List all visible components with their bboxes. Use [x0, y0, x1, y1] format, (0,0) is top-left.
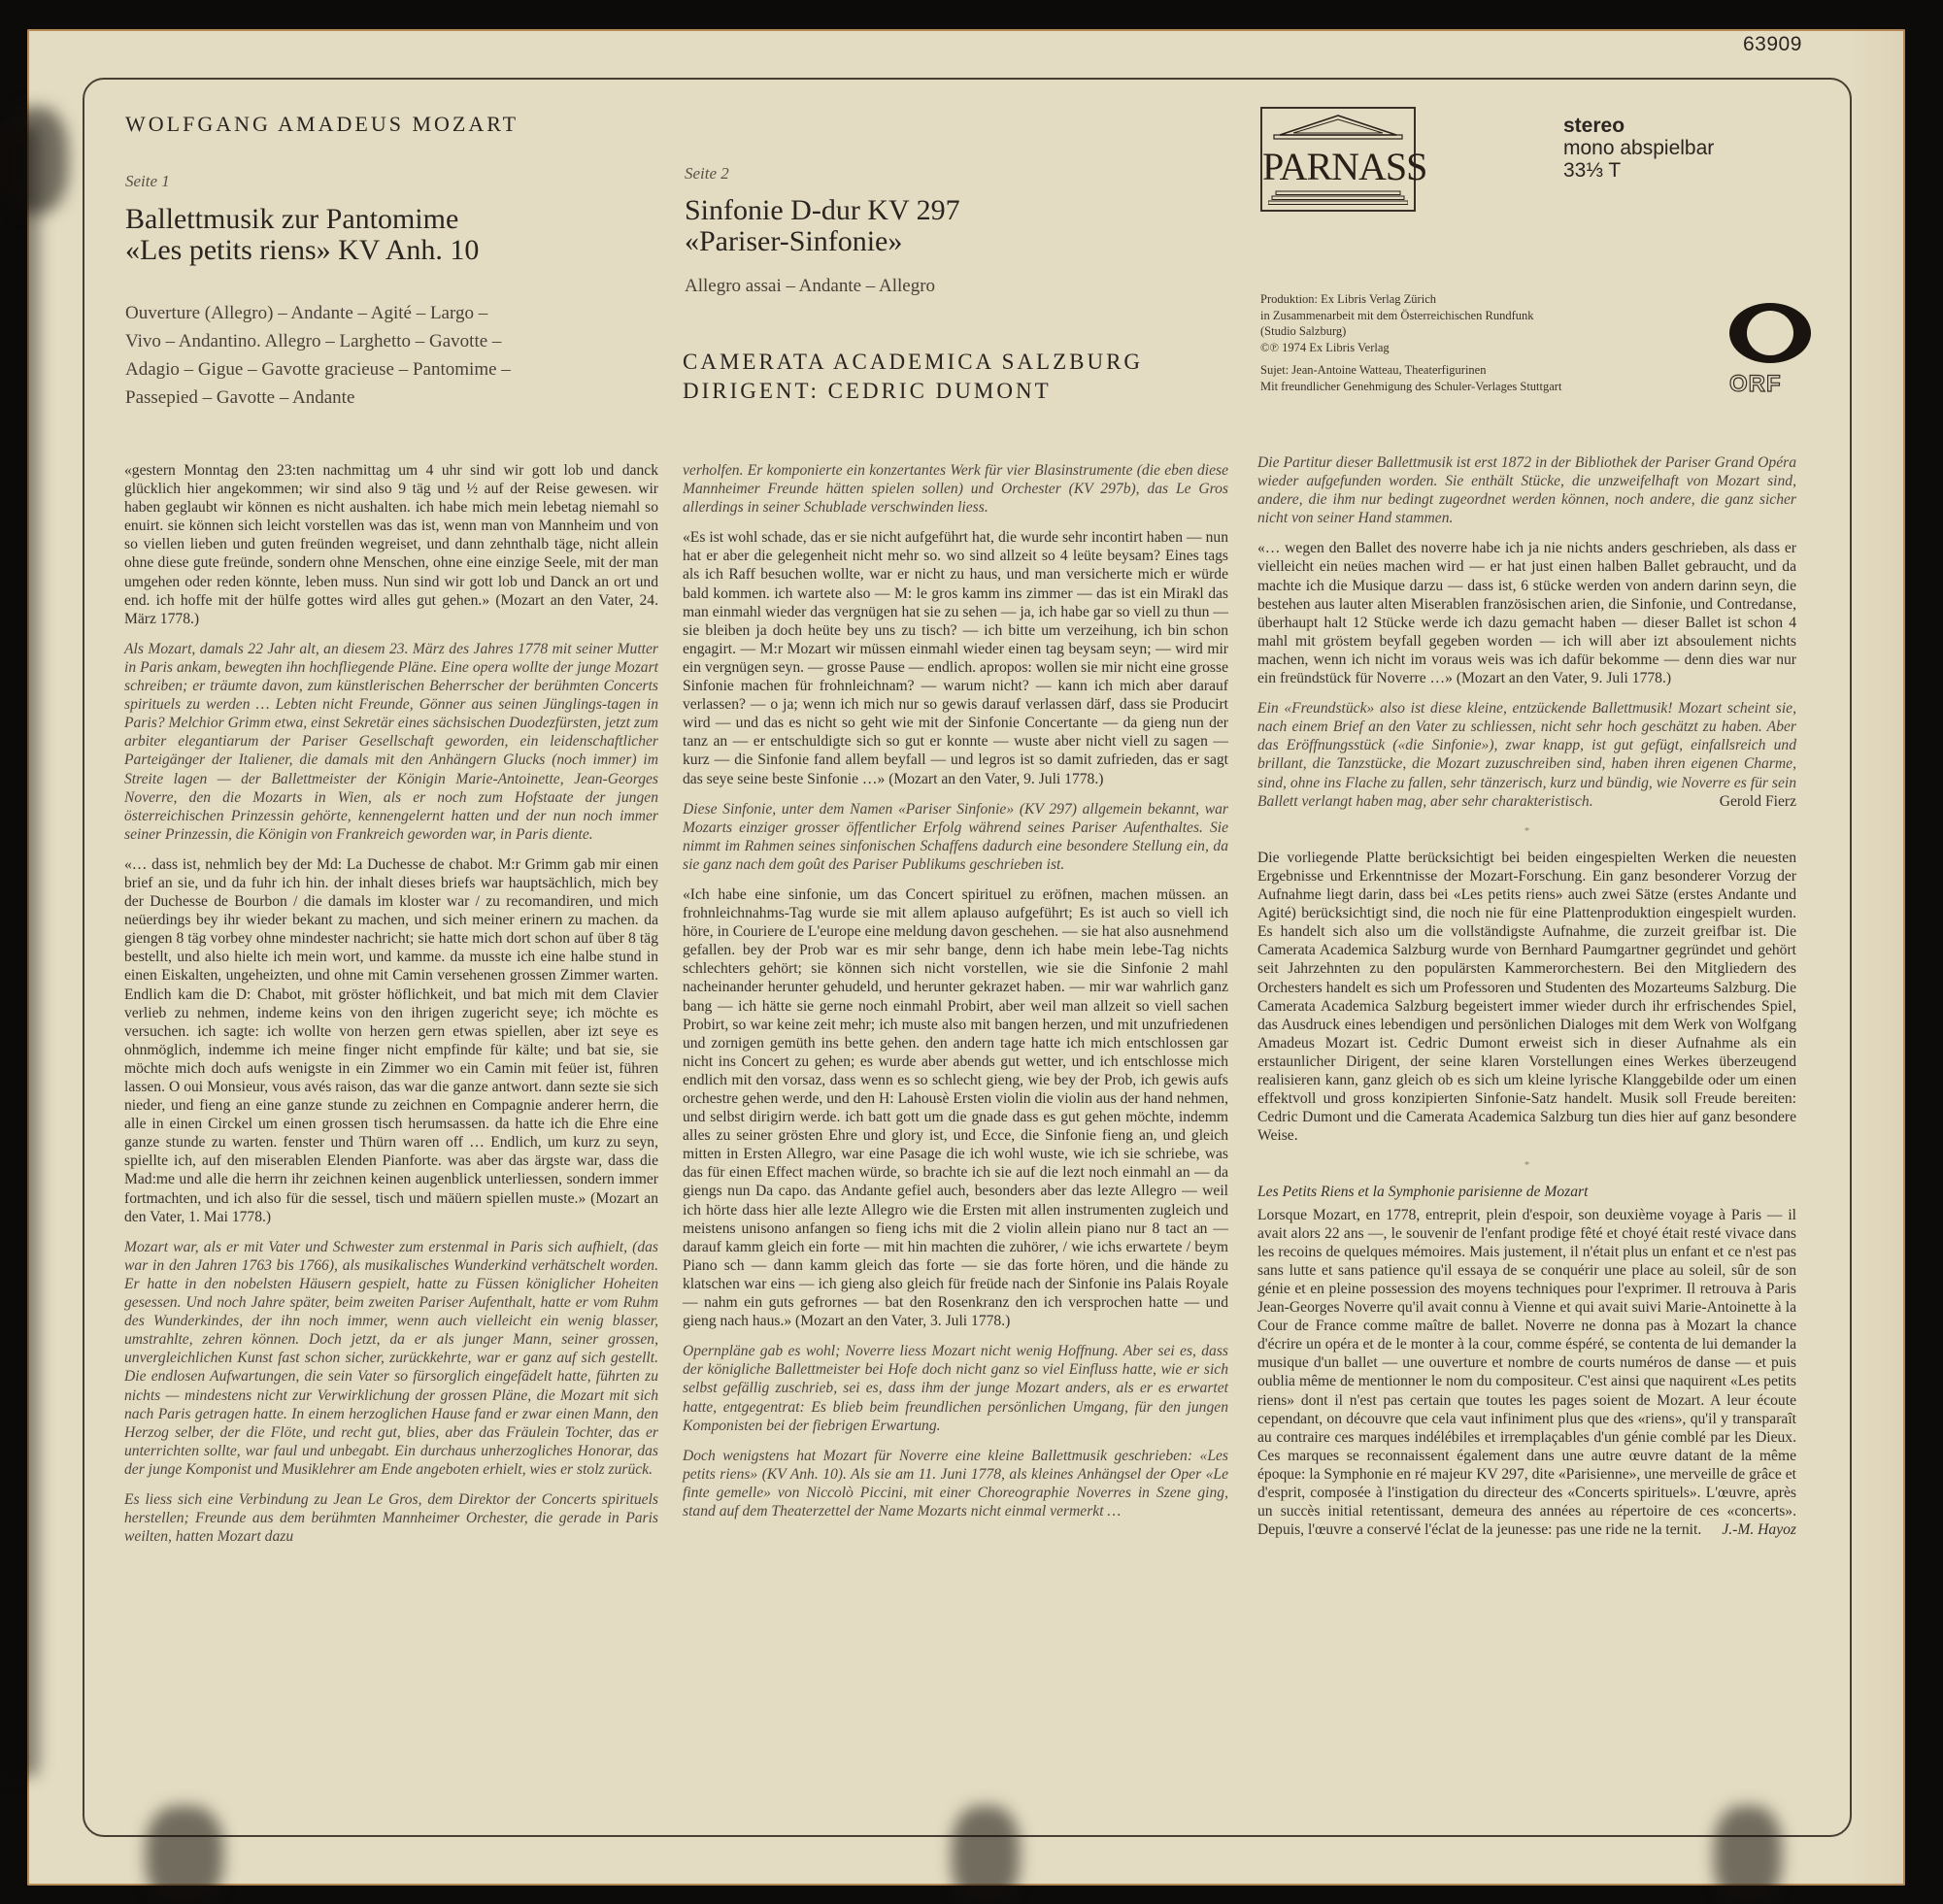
movement-line: Ouverture (Allegro) – Andante – Agité – …	[125, 299, 511, 327]
side2-label: Seite 2	[685, 164, 729, 184]
liner-paragraph: Die Partitur dieser Ballettmusik ist ers…	[1257, 453, 1796, 527]
conductor-name: DIRIGENT: CEDRIC DUMONT	[683, 377, 1143, 406]
production-credits: Produktion: Ex Libris Verlag Zürich in Z…	[1260, 291, 1561, 394]
side2-title-line1: Sinfonie D-dur KV 297	[685, 195, 960, 226]
section-heading: Les Petits Riens et la Symphonie parisie…	[1257, 1183, 1796, 1201]
liner-notes-column-1: «gestern Monntag den 23:ten nachmittag u…	[124, 461, 658, 1557]
liner-paragraph: Die vorliegende Platte berücksichtigt be…	[1257, 849, 1796, 1146]
credit-line: in Zusammenarbeit mit dem Österreichisch…	[1260, 308, 1561, 324]
copyright-line: ©℗ 1974 Ex Libris Verlag	[1260, 340, 1561, 356]
credit-line: (Studio Salzburg)	[1260, 323, 1561, 340]
photo-shadow	[1714, 1806, 1782, 1904]
liner-paragraph: Lorsque Mozart, en 1778, entreprit, plei…	[1257, 1206, 1796, 1540]
side2-title: Sinfonie D-dur KV 297 «Pariser-Sinfonie»	[685, 195, 960, 257]
orf-eye-logo-icon	[1729, 303, 1811, 363]
catalog-number: 63909	[1743, 33, 1802, 56]
playback-format: stereo mono abspielbar 33⅓ T	[1563, 115, 1714, 182]
permission-credit: Mit freundlicher Genehmigung des Schuler…	[1260, 379, 1561, 395]
liner-paragraph: Opernpläne gab es wohl; Noverre liess Mo…	[683, 1342, 1228, 1434]
side1-title: Ballettmusik zur Pantomime «Les petits r…	[125, 204, 479, 266]
section-divider: *	[1257, 822, 1796, 841]
cover-art-credit: Sujet: Jean-Antoine Watteau, Theaterfigu…	[1260, 362, 1561, 379]
photo-shadow	[0, 126, 39, 1777]
liner-paragraph: «gestern Monntag den 23:ten nachmittag u…	[124, 461, 658, 628]
orf-logo: ORF	[1725, 303, 1815, 396]
side1-title-line2: «Les petits riens» KV Anh. 10	[125, 235, 479, 266]
liner-paragraph: Als Mozart, damals 22 Jahr alt, an diese…	[124, 640, 658, 844]
liner-paragraph: «… wegen den Ballet des noverre habe ich…	[1257, 539, 1796, 687]
parnass-wordmark: PARNASS	[1262, 144, 1414, 189]
side2-movements: Allegro assai – Andante – Allegro	[685, 272, 935, 300]
movement-line: Passepied – Gavotte – Andante	[125, 384, 511, 412]
liner-notes-column-3: Die Partitur dieser Ballettmusik ist ers…	[1257, 453, 1796, 1551]
photo-shadow	[146, 1806, 223, 1904]
section-divider: *	[1257, 1156, 1796, 1175]
liner-paragraph: «… dass ist, nehmlich bey der Md: La Duc…	[124, 855, 658, 1226]
liner-notes-column-2: verholfen. Er komponierte ein konzertant…	[683, 461, 1228, 1532]
liner-paragraph: «Ich habe eine sinfonie, um das Concert …	[683, 885, 1228, 1330]
side1-movements: Ouverture (Allegro) – Andante – Agité – …	[125, 299, 511, 412]
sleeve-edge-shading	[1847, 29, 1905, 1886]
credit-line: Produktion: Ex Libris Verlag Zürich	[1260, 291, 1561, 308]
liner-paragraph: Diese Sinfonie, unter dem Namen «Pariser…	[683, 800, 1228, 874]
parnass-label-logo: PARNASS	[1260, 107, 1416, 212]
format-stereo: stereo	[1563, 115, 1714, 137]
orchestra-name: CAMERATA ACADEMICA SALZBURG	[683, 348, 1143, 377]
temple-pediment-icon	[1272, 115, 1404, 140]
composer-name: WOLFGANG AMADEUS MOZART	[125, 112, 519, 137]
movement-line: Adagio – Gigue – Gavotte gracieuse – Pan…	[125, 355, 511, 384]
photo-shadow	[952, 1806, 1020, 1904]
liner-paragraph: verholfen. Er komponierte ein konzertant…	[683, 461, 1228, 517]
side1-label: Seite 1	[125, 172, 170, 191]
performers: CAMERATA ACADEMICA SALZBURG DIRIGENT: CE…	[683, 348, 1143, 406]
liner-paragraph: Mozart war, als er mit Vater und Schwest…	[124, 1238, 658, 1479]
side1-title-line1: Ballettmusik zur Pantomime	[125, 204, 479, 235]
liner-paragraph: Doch wenigstens hat Mozart für Noverre e…	[683, 1447, 1228, 1520]
liner-paragraph: Es liess sich eine Verbindung zu Jean Le…	[124, 1490, 658, 1546]
temple-steps-icon	[1268, 190, 1408, 206]
movement-line: Vivo – Andantino. Allegro – Larghetto – …	[125, 327, 511, 355]
format-mono: mono abspielbar	[1563, 137, 1714, 159]
side2-title-line2: «Pariser-Sinfonie»	[685, 226, 960, 257]
liner-paragraph: «Es ist wohl schade, das er sie nicht au…	[683, 528, 1228, 787]
orf-wordmark: ORF	[1729, 371, 1782, 398]
format-speed: 33⅓ T	[1563, 159, 1714, 182]
